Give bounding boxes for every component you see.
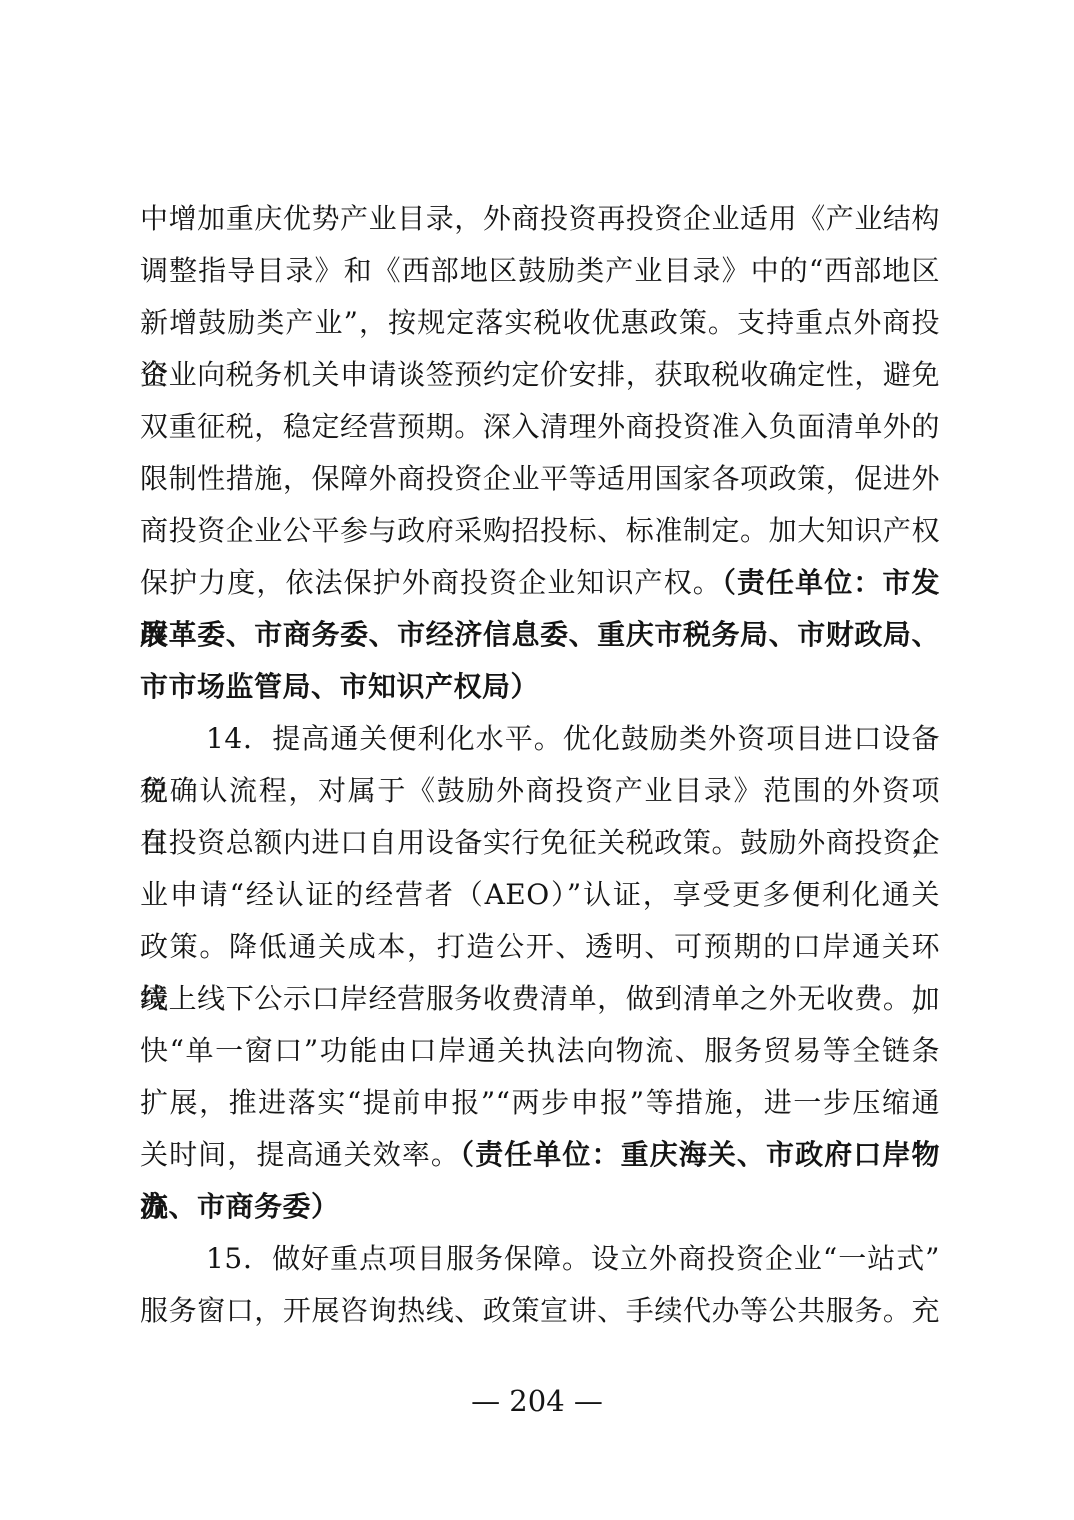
text-line: 市市场监管局、市知识产权局） [140,661,940,713]
text-line: 双重征税，稳定经营预期。深入清理外商投资准入负面清单外的 [140,401,940,453]
text-line: 政策。降低通关成本，打造公开、透明、可预期的口岸通关环境， [140,921,940,973]
text-line: 15．做好重点项目服务保障。设立外商投资企业“一站式” [140,1233,940,1285]
body-text: 关时间，提高通关效率。 [140,1138,460,1171]
text-line: 税确认流程，对属于《鼓励外商投资产业目录》范围的外资项目， [140,765,940,817]
paragraph: 中增加重庆优势产业目录，外商投资再投资企业适用《产业结构调整指导目录》和《西部地… [140,193,940,713]
text-line: 线上线下公示口岸经营服务收费清单，做到清单之外无收费。加 [140,973,940,1025]
text-line: 关时间，提高通关效率。（责任单位：重庆海关、市政府口岸物流 [140,1129,940,1181]
responsible-unit-text: 办、市商务委） [140,1190,340,1223]
text-line: 快“单一窗口”功能由口岸通关执法向物流、服务贸易等全链条 [140,1025,940,1077]
body-text: 在投资总额内进口自用设备实行免征关税政策。鼓励外商投资企 [140,826,940,859]
text-line: 服务窗口，开展咨询热线、政策宣讲、手续代办等公共服务。充 [140,1285,940,1337]
body-text: 线上线下公示口岸经营服务收费清单，做到清单之外无收费。加 [140,982,940,1015]
responsible-unit-text: 改革委、市商务委、市经济信息委、重庆市税务局、市财政局、 [140,618,940,651]
text-line: 保护力度，依法保护外商投资企业知识产权。（责任单位：市发展 [140,557,940,609]
text-line: 商投资企业公平参与政府采购招投标、标准制定。加大知识产权 [140,505,940,557]
body-text: 快“单一窗口”功能由口岸通关执法向物流、服务贸易等全链条 [140,1034,940,1067]
page: 中增加重庆优势产业目录，外商投资再投资企业适用《产业结构调整指导目录》和《西部地… [0,0,1074,1520]
body-text: 限制性措施，保障外商投资企业平等适用国家各项政策，促进外 [140,462,940,495]
document-body: 中增加重庆优势产业目录，外商投资再投资企业适用《产业结构调整指导目录》和《西部地… [140,193,940,1337]
body-text: 扩展，推进落实“提前申报”“两步申报”等措施，进一步压缩通 [140,1086,940,1119]
text-line: 中增加重庆优势产业目录，外商投资再投资企业适用《产业结构 [140,193,940,245]
body-text: 中增加重庆优势产业目录，外商投资再投资企业适用《产业结构 [140,202,940,235]
text-line: 限制性措施，保障外商投资企业平等适用国家各项政策，促进外 [140,453,940,505]
body-text: 企业向税务机关申请谈签预约定价安排，获取税收确定性，避免 [140,358,940,391]
body-text: 调整指导目录》和《西部地区鼓励类产业目录》中的“西部地区 [140,254,940,287]
paragraph: 15．做好重点项目服务保障。设立外商投资企业“一站式”服务窗口，开展咨询热线、政… [140,1233,940,1337]
body-text: 15．做好重点项目服务保障。设立外商投资企业“一站式” [206,1242,940,1275]
paragraph: 14．提高通关便利化水平。优化鼓励类外资项目进口设备免税确认流程，对属于《鼓励外… [140,713,940,1233]
body-text: 商投资企业公平参与政府采购招投标、标准制定。加大知识产权 [140,514,940,547]
text-line: 业申请“经认证的经营者（AEO）”认证，享受更多便利化通关 [140,869,940,921]
text-line: 改革委、市商务委、市经济信息委、重庆市税务局、市财政局、 [140,609,940,661]
responsible-unit-text: 市市场监管局、市知识产权局） [140,670,539,703]
text-line: 新增鼓励类产业”，按规定落实税收优惠政策。支持重点外商投资 [140,297,940,349]
body-text: 保护力度，依法保护外商投资企业知识产权。 [140,566,722,599]
body-text: 双重征税，稳定经营预期。深入清理外商投资准入负面清单外的 [140,410,940,443]
text-line: 企业向税务机关申请谈签预约定价安排，获取税收确定性，避免 [140,349,940,401]
body-text: 服务窗口，开展咨询热线、政策宣讲、手续代办等公共服务。充 [140,1294,940,1327]
text-line: 扩展，推进落实“提前申报”“两步申报”等措施，进一步压缩通 [140,1077,940,1129]
text-line: 办、市商务委） [140,1181,940,1233]
text-line: 在投资总额内进口自用设备实行免征关税政策。鼓励外商投资企 [140,817,940,869]
text-line: 调整指导目录》和《西部地区鼓励类产业目录》中的“西部地区 [140,245,940,297]
body-text: 业申请“经认证的经营者（AEO）”认证，享受更多便利化通关 [140,878,940,911]
text-line: 14．提高通关便利化水平。优化鼓励类外资项目进口设备免 [140,713,940,765]
page-footer: — 204 — [0,1384,1074,1418]
page-number: — 204 — [471,1384,603,1418]
